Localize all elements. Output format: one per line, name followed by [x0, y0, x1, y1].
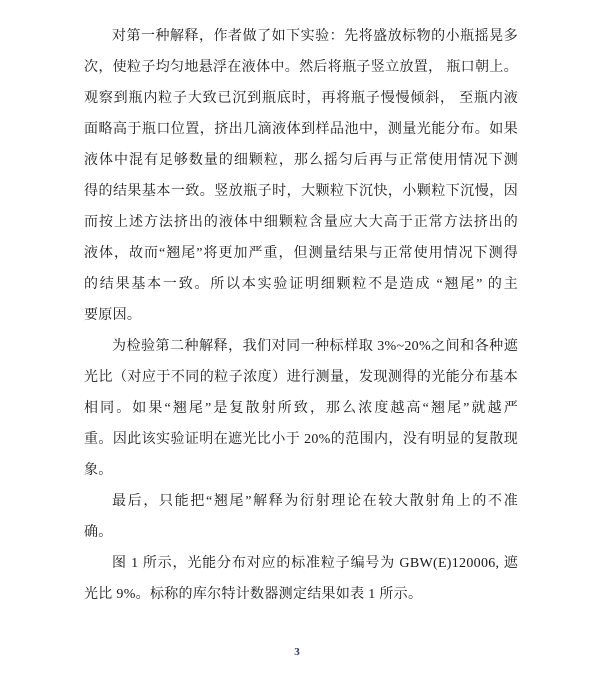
paragraph: 图 1 所示，光能分布对应的标准粒子编号为 GBW(E)120006, 遮 光比… [84, 548, 518, 610]
text-line: 象。 [84, 455, 518, 486]
paragraph: 对第一种解释，作者做了如下实验：先将盛放标物的小瓶摇晃多 次，使粒子均匀地悬浮在… [84, 21, 518, 331]
text-line: 面略高于瓶口位置，挤出几滴液体到样品池中，测量光能分布。如果 [84, 114, 518, 145]
text-line: 最后，只能把“翘尾”解释为衍射理论在较大散射角上的不准 [84, 486, 518, 517]
text-line: 确。 [84, 517, 518, 548]
text-line: 次，使粒子均匀地悬浮在液体中。然后将瓶子竖立放置， 瓶口朝上。 [84, 52, 518, 83]
page-number: 3 [0, 646, 594, 658]
text-line: 而按上述方法挤出的液体中细颗粒含量应大大高于正常方法挤出的 [84, 207, 518, 238]
text-line: 观察到瓶内粒子大致已沉到瓶底时，再将瓶子慢慢倾斜， 至瓶内液 [84, 83, 518, 114]
paragraph: 最后，只能把“翘尾”解释为衍射理论在较大散射角上的不准 确。 [84, 486, 518, 548]
text-line: 重。因此该实验证明在遮光比小于 20%的范围内，没有明显的复散现 [84, 424, 518, 455]
body-text: 对第一种解释，作者做了如下实验：先将盛放标物的小瓶摇晃多 次，使粒子均匀地悬浮在… [84, 21, 518, 610]
document-page: 对第一种解释，作者做了如下实验：先将盛放标物的小瓶摇晃多 次，使粒子均匀地悬浮在… [0, 0, 594, 686]
text-line: 对第一种解释，作者做了如下实验：先将盛放标物的小瓶摇晃多 [84, 21, 518, 52]
text-line: 为检验第二种解释，我们对同一种标样取 3%~20%之间和各种遮 [84, 331, 518, 362]
text-line: 光比 9%。标称的库尔特计数器测定结果如表 1 所示。 [84, 579, 518, 610]
text-line: 得的结果基本一致。竖放瓶子时，大颗粒下沉快，小颗粒下沉慢，因 [84, 176, 518, 207]
text-line: 的结果基本一致。所以本实验证明细颗粒不是造成 “翘尾” 的主 [84, 269, 518, 300]
text-line: 要原因。 [84, 300, 518, 331]
paragraph: 为检验第二种解释，我们对同一种标样取 3%~20%之间和各种遮 光比（对应于不同… [84, 331, 518, 486]
text-line: 光比（对应于不同的粒子浓度）进行测量，发现测得的光能分布基本 [84, 362, 518, 393]
text-line: 相同。如果“翘尾”是复散射所致，那么浓度越高“翘尾”就越严 [84, 393, 518, 424]
text-line: 图 1 所示，光能分布对应的标准粒子编号为 GBW(E)120006, 遮 [84, 548, 518, 579]
text-line: 液体中混有足够数量的细颗粒，那么摇匀后再与正常使用情况下测 [84, 145, 518, 176]
text-line: 液体，故而“翘尾”将更加严重，但测量结果与正常使用情况下测得 [84, 238, 518, 269]
